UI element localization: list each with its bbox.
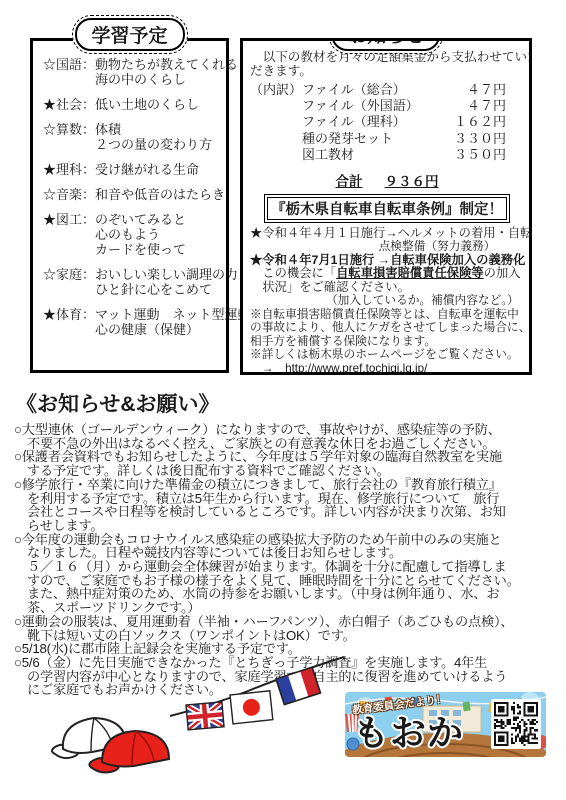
subject-line: マット運動 ネット型運動 <box>95 307 250 322</box>
notice-line: する予定です。詳しくは後日配布する資料でご確認ください。 <box>14 464 558 478</box>
subject-label: ☆算数： <box>43 122 95 152</box>
item-price: ４７円 <box>442 82 506 98</box>
japan-flag-icon <box>230 691 273 724</box>
subject-entry: ☆算数：体積２つの量の変わり方 <box>43 122 220 152</box>
subject-line: カードを使って <box>95 242 186 257</box>
item-price: ４７円 <box>442 98 506 114</box>
subject-line: 低い土地のくらし <box>95 97 199 112</box>
notice-line: ○大型連休（ゴールデンウィーク）になりますので、事故やけが、感染症等の予防、 <box>14 423 558 437</box>
bicycle-line: 相手方を補償する保険になります。 <box>250 335 524 349</box>
price-row: ファイル（理科）１６２円 <box>302 114 506 130</box>
notice-line: らせします。 <box>14 519 558 533</box>
subject-label: ☆音楽： <box>43 187 95 202</box>
subject-label: ★体育： <box>43 307 95 337</box>
subject-content: おいしい楽しい調理の力ひと針に心をこめて <box>95 267 238 297</box>
banner-title: もおか <box>353 705 464 756</box>
price-items: ファイル（総合）４７円ファイル（外国語）４７円ファイル（理科）１６２円種の発芽セ… <box>302 82 506 164</box>
caps-illustration <box>46 703 184 775</box>
notice-line: 茶、スポーツドリンクです。） <box>14 601 558 615</box>
item-name: ファイル（総合） <box>302 82 442 98</box>
subject-entry: ☆家庭：おいしい楽しい調理の力ひと針に心をこめて <box>43 267 220 297</box>
qr-code-pattern <box>494 702 538 746</box>
item-name: 図工教材 <box>302 147 442 163</box>
subject-entry: ☆国語：動物たちが教えてくれる海の中のくらし <box>43 57 220 87</box>
item-name: ファイル（理科） <box>302 114 442 130</box>
bicycle-line: （加入しているか。補償内容など。） <box>250 294 524 308</box>
bicycle-line: この機会に「自転車損害賠償責任保険等の加入 <box>250 267 524 281</box>
bicycle-line: ★令和４年４月１日施行→ヘルメットの着用・自転車の <box>250 227 524 241</box>
notice-line: ○運動会の服装は、夏用運動着（半袖・ハーフパンツ）、赤白帽子（あごひもの点検）、 <box>14 615 558 629</box>
newsletter-page: 学習予定 ☆国語：動物たちが教えてくれる海の中のくらし★社会：低い土地のくらし☆… <box>0 0 566 800</box>
notice-line: ５／１６（月）から運動会全体練習が始まります。体調を十分に配慮して指導しま <box>14 560 558 574</box>
subject-content: 動物たちが教えてくれる海の中のくらし <box>95 57 238 87</box>
price-row: 図工教材３５０円 <box>302 147 506 163</box>
notice-line: また、熱中症対策のため、水筒の持参をお願いします。（中身は例年通り、水、お <box>14 587 558 601</box>
breakdown-label: （内訳） <box>250 82 302 164</box>
total-label: 合計 <box>336 174 363 189</box>
flag-garland <box>168 652 346 752</box>
notice-line: ○修学旅行・卒業に向けた準備金の積立につきまして、旅行会社の『教育旅行積立』 <box>14 478 558 492</box>
subject-entry: ★図工：のぞいてみると心のもようカードを使って <box>43 212 220 257</box>
item-price: １６２円 <box>442 114 506 130</box>
subject-line: 心のもよう <box>95 227 186 242</box>
subject-line: 心の健康（保健） <box>95 322 250 337</box>
subject-label: ☆国語： <box>43 57 95 87</box>
notice-line: 会社とコースや日程等を検討しているところです。詳しい内容が決まり次第、お知 <box>14 505 558 519</box>
notice-box: お知らせ 以下の教材を月々の定額集金から支払わせていた だきます。 （内訳） フ… <box>240 38 532 375</box>
price-row: ファイル（外国語）４７円 <box>302 98 506 114</box>
subject-content: のぞいてみると心のもようカードを使って <box>95 212 186 257</box>
subject-label: ★図工： <box>43 212 95 257</box>
item-price: ３３０円 <box>442 131 506 147</box>
item-name: ファイル（外国語） <box>302 98 442 114</box>
subject-line: おいしい楽しい調理の力 <box>95 267 238 282</box>
notice-title: お知らせ <box>331 38 440 51</box>
total-line: 合計９３６円 <box>250 170 524 190</box>
subject-line: のぞいてみると <box>95 212 186 227</box>
notice-content: 以下の教材を月々の定額集金から支払わせていた だきます。 （内訳） ファイル（総… <box>243 41 529 375</box>
mooka-banner: 教育委員会だより！ もおか <box>345 692 546 757</box>
subject-line: ひと針に心をこめて <box>95 282 238 297</box>
bicycle-line: の事故により、他人にケガをさせてしまった場合に、 <box>250 321 524 335</box>
notice-intro-line: だきます。 <box>250 64 524 78</box>
subject-label: ★社会： <box>43 97 95 112</box>
subject-content: 受け継がれる生命 <box>95 162 199 177</box>
subject-line: 体積 <box>95 122 212 137</box>
subject-entry: ★社会：低い土地のくらし <box>43 97 220 112</box>
total-value: ９３６円 <box>385 174 439 189</box>
bicycle-lines: ★令和４年４月１日施行→ヘルメットの着用・自転車の 点検整備（努力義務）★令和４… <box>250 227 524 375</box>
subject-entry: ★理科：受け継がれる生命 <box>43 162 220 177</box>
notice-line: なりました。日程や競技内容等については後日お知らせします。 <box>14 546 558 560</box>
requests-title: 《お知らせ&お願い》 <box>16 388 558 418</box>
france-flag-icon <box>276 667 320 704</box>
item-price: ３５０円 <box>442 147 506 163</box>
subject-label: ★理科： <box>43 162 95 177</box>
price-row: 種の発芽セット３３０円 <box>302 131 506 147</box>
subject-line: 和音や低音のはたらき <box>95 187 225 202</box>
bicycle-line: 点検整備（努力義務） <box>250 240 524 254</box>
requests-section: 《お知らせ&お願い》 ○大型連休（ゴールデンウィーク）になりますので、事故やけが… <box>14 388 558 697</box>
emphasized-insurance-text: 自転車損害賠償責任保険等 <box>336 266 484 280</box>
subject-line: ２つの量の変わり方 <box>95 137 212 152</box>
item-name: 種の発芽セット <box>302 131 442 147</box>
subject-content: 体積２つの量の変わり方 <box>95 122 212 152</box>
subject-content: マット運動 ネット型運動心の健康（保健） <box>95 307 250 337</box>
bicycle-line: → http://www.pref.tochigi.lg.jp/ <box>250 362 524 375</box>
line-post: の加入 <box>484 266 521 280</box>
subject-line: 動物たちが教えてくれる <box>95 57 238 72</box>
notice-intro-line: 以下の教材を月々の定額集金から支払わせていた <box>250 50 524 64</box>
subject-entry: ★体育：マット運動 ネット型運動心の健康（保健） <box>43 307 220 337</box>
subject-line: 海の中のくらし <box>95 72 238 87</box>
learning-items: ☆国語：動物たちが教えてくれる海の中のくらし★社会：低い土地のくらし☆算数：体積… <box>33 41 226 337</box>
price-breakdown: （内訳） ファイル（総合）４７円ファイル（外国語）４７円ファイル（理科）１６２円… <box>250 82 524 164</box>
bicycle-ordinance-title: 『栃木県自転車自転車条例』制定！ <box>264 194 510 223</box>
uk-flag-icon <box>186 702 224 730</box>
subject-content: 和音や低音のはたらき <box>95 187 225 202</box>
subject-line: 受け継がれる生命 <box>95 162 199 177</box>
subject-label: ☆家庭： <box>43 267 95 297</box>
line-pre: この機会に「 <box>250 266 336 280</box>
learning-schedule-title: 学習予定 <box>74 18 184 51</box>
bicycle-line: 状況」をご確認ください。 <box>250 281 524 295</box>
subject-entry: ☆音楽：和音や低音のはたらき <box>43 187 220 202</box>
bicycle-line: ※詳しくは栃木県のホームページをご覧ください。 <box>250 348 524 362</box>
bicycle-line: ※自転車損害賠償責任保険等とは、自転車を運転中 <box>250 308 524 322</box>
subject-content: 低い土地のくらし <box>95 97 199 112</box>
price-row: ファイル（総合）４７円 <box>302 82 506 98</box>
qr-code <box>491 699 541 749</box>
learning-schedule-box: 学習予定 ☆国語：動物たちが教えてくれる海の中のくらし★社会：低い土地のくらし☆… <box>30 38 229 373</box>
